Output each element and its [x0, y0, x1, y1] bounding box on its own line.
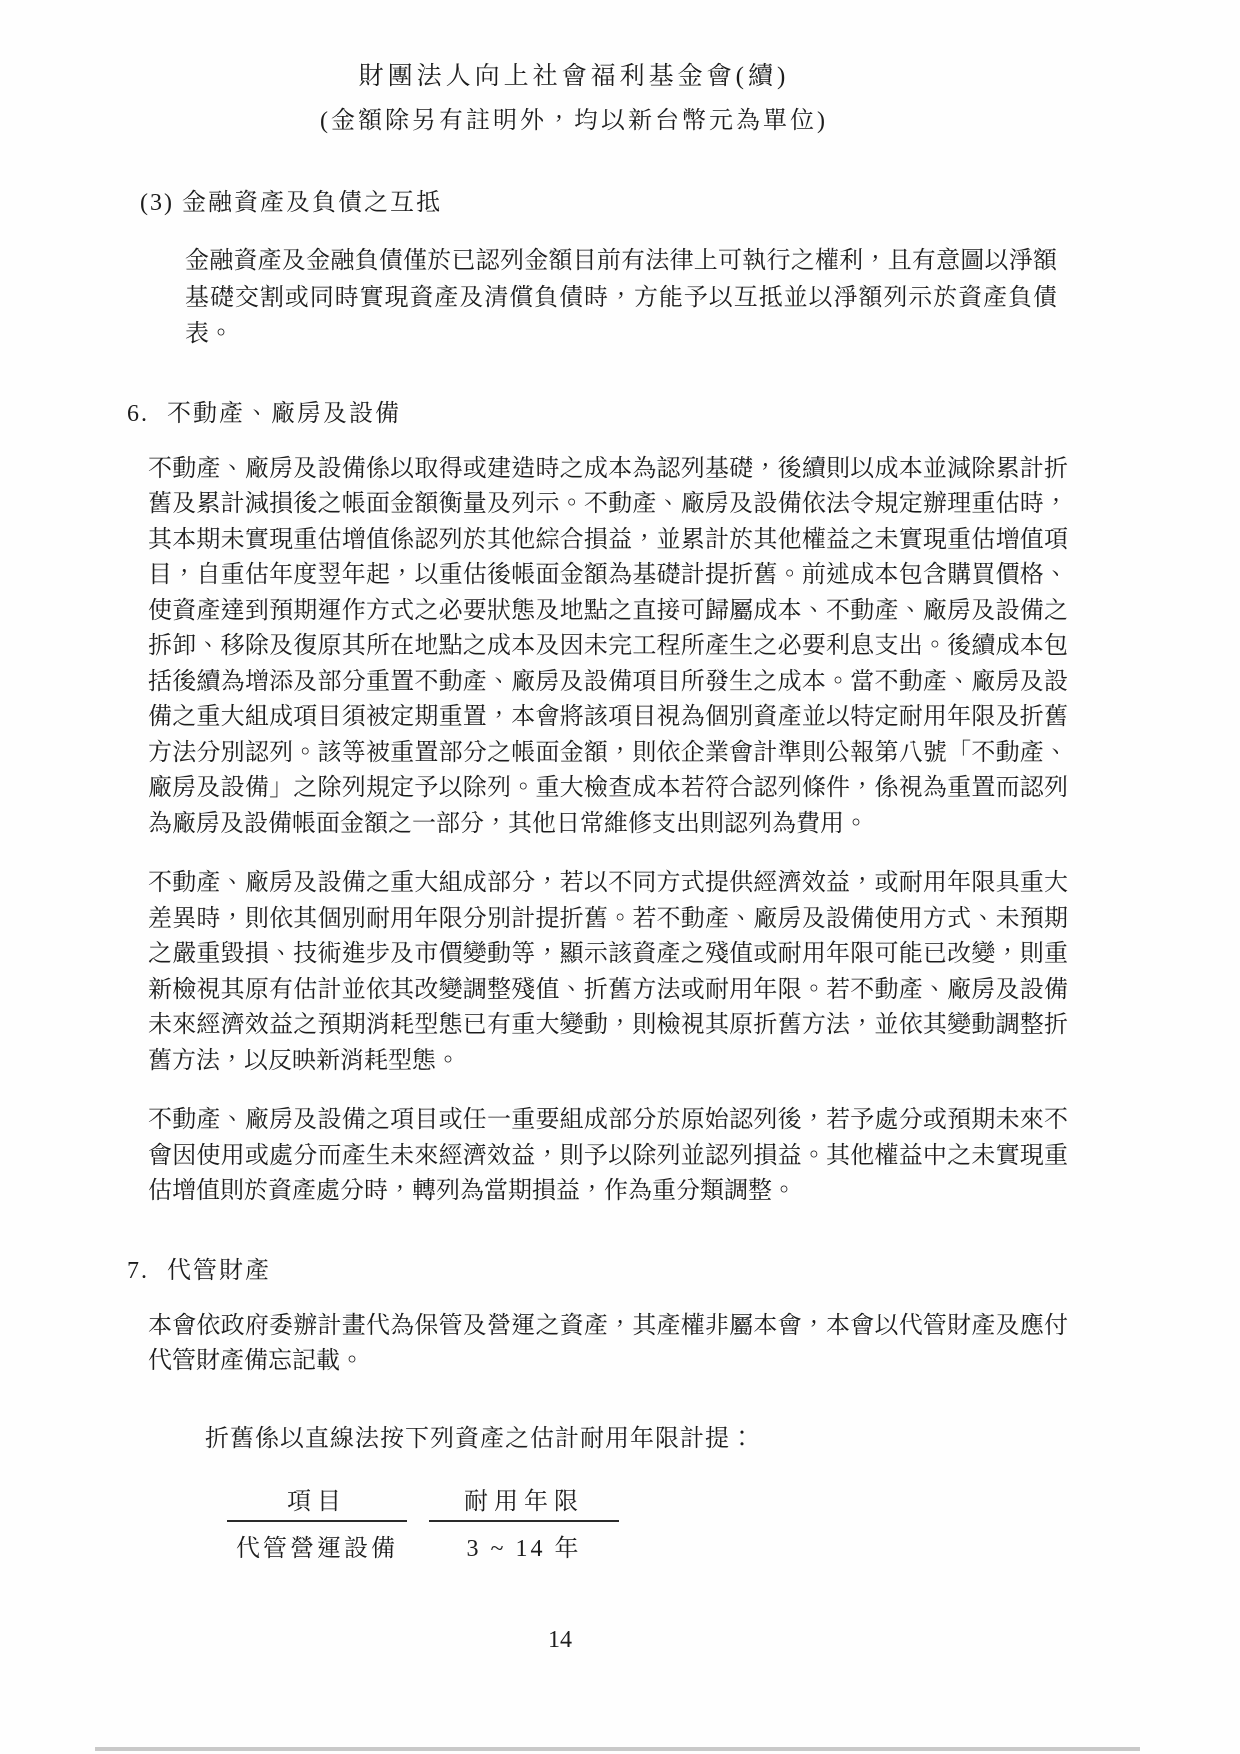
table-header-useful-life: 耐用年限	[429, 1481, 619, 1522]
section-7-heading: 7. 代管財產	[127, 1250, 1240, 1285]
page-header: 財團法人向上社會福利基金會(續) (金額除另有註明外，均以新台幣元為單位)	[0, 0, 1240, 138]
section-6-paragraph-1: 不動產、廠房及設備係以取得或建造時之成本為認列基礎，後續則以成本並減除累計折舊及…	[148, 452, 1068, 843]
table-header-item: 項目	[227, 1481, 407, 1522]
document-page: 財團法人向上社會福利基金會(續) (金額除另有註明外，均以新台幣元為單位) (3…	[0, 0, 1240, 1754]
currency-note: (金額除另有註明外，均以新台幣元為單位)	[0, 104, 1148, 138]
organization-title: 財團法人向上社會福利基金會(續)	[0, 60, 1148, 94]
table-cell-useful-life: 3 ~ 14 年	[429, 1522, 619, 1563]
scan-edge-artifact	[95, 1747, 1140, 1751]
page-number: 14	[0, 1627, 1120, 1654]
item-3-paragraph: 金融資產及金融負債僅於已認列金額目前有法律上可執行之權利，且有意圖以淨額基礎交割…	[185, 243, 1057, 353]
section-7-paragraph: 本會依政府委辦計畫代為保管及營運之資產，其產權非屬本會，本會以代管財產及應付代管…	[148, 1309, 1068, 1380]
table-column-useful-life: 耐用年限 3 ~ 14 年	[429, 1481, 619, 1563]
table-cell-item: 代管營運設備	[227, 1522, 407, 1563]
section-6-number: 6.	[127, 401, 149, 427]
section-7-number: 7.	[127, 1258, 149, 1284]
item-3-title: 金融資產及負債之互抵	[182, 190, 442, 216]
section-6-paragraph-3: 不動產、廠房及設備之項目或任一重要組成部分於原始認列後，若予處分或預期未來不會因…	[148, 1103, 1068, 1210]
section-6-heading: 6. 不動產、廠房及設備	[127, 393, 1240, 428]
section-7-title: 代管財產	[167, 1258, 271, 1284]
item-3-heading: (3) 金融資產及負債之互抵	[140, 182, 1240, 217]
section-6-title: 不動產、廠房及設備	[167, 401, 401, 427]
section-6-paragraph-2: 不動產、廠房及設備之重大組成部分，若以不同方式提供經濟效益，或耐用年限具重大差異…	[148, 866, 1068, 1079]
item-3-label: (3)	[140, 190, 174, 216]
table-column-item: 項目 代管營運設備	[227, 1481, 407, 1563]
depreciation-note: 折舊係以直線法按下列資產之估計耐用年限計提：	[205, 1418, 1240, 1453]
useful-life-table: 項目 代管營運設備 耐用年限 3 ~ 14 年	[227, 1481, 1240, 1563]
